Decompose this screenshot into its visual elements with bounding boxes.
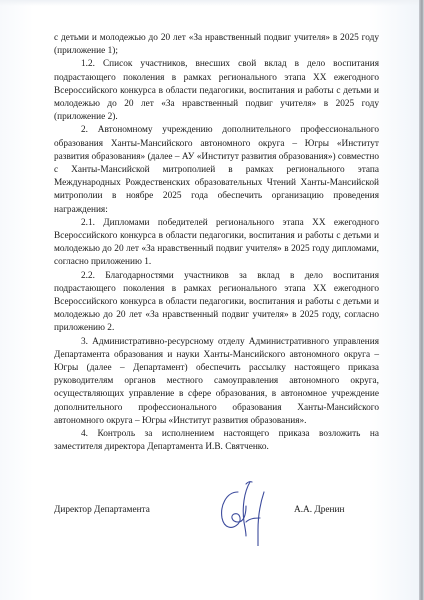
paragraph-2: 2. Автономному учреждению дополнительног…: [54, 124, 379, 216]
paragraph-3: 3. Административно-ресурсному отделу Адм…: [54, 336, 379, 428]
paragraph-4: 4. Контроль за исполнением настоящего пр…: [54, 428, 379, 454]
paragraph-continuation: с детьми и молодежью до 20 лет «За нравс…: [54, 32, 379, 58]
handwritten-signature-icon: [216, 478, 272, 546]
paragraph-1-2: 1.2. Список участников, внесших свой вкл…: [54, 58, 379, 124]
document-page: с детьми и молодежью до 20 лет «За нравс…: [0, 0, 419, 600]
signatory-name: А.А. Дренин: [294, 505, 344, 515]
scan-page-edge: [419, 0, 424, 600]
paragraph-2-1: 2.1. Дипломами победителей регионального…: [54, 217, 379, 270]
signatory-title: Директор Департамента: [54, 505, 150, 515]
scan-top-shadow: [0, 0, 419, 6]
paragraph-2-2: 2.2. Благодарностями участников за вклад…: [54, 270, 379, 336]
document-body: с детьми и молодежью до 20 лет «За нравс…: [54, 32, 379, 455]
